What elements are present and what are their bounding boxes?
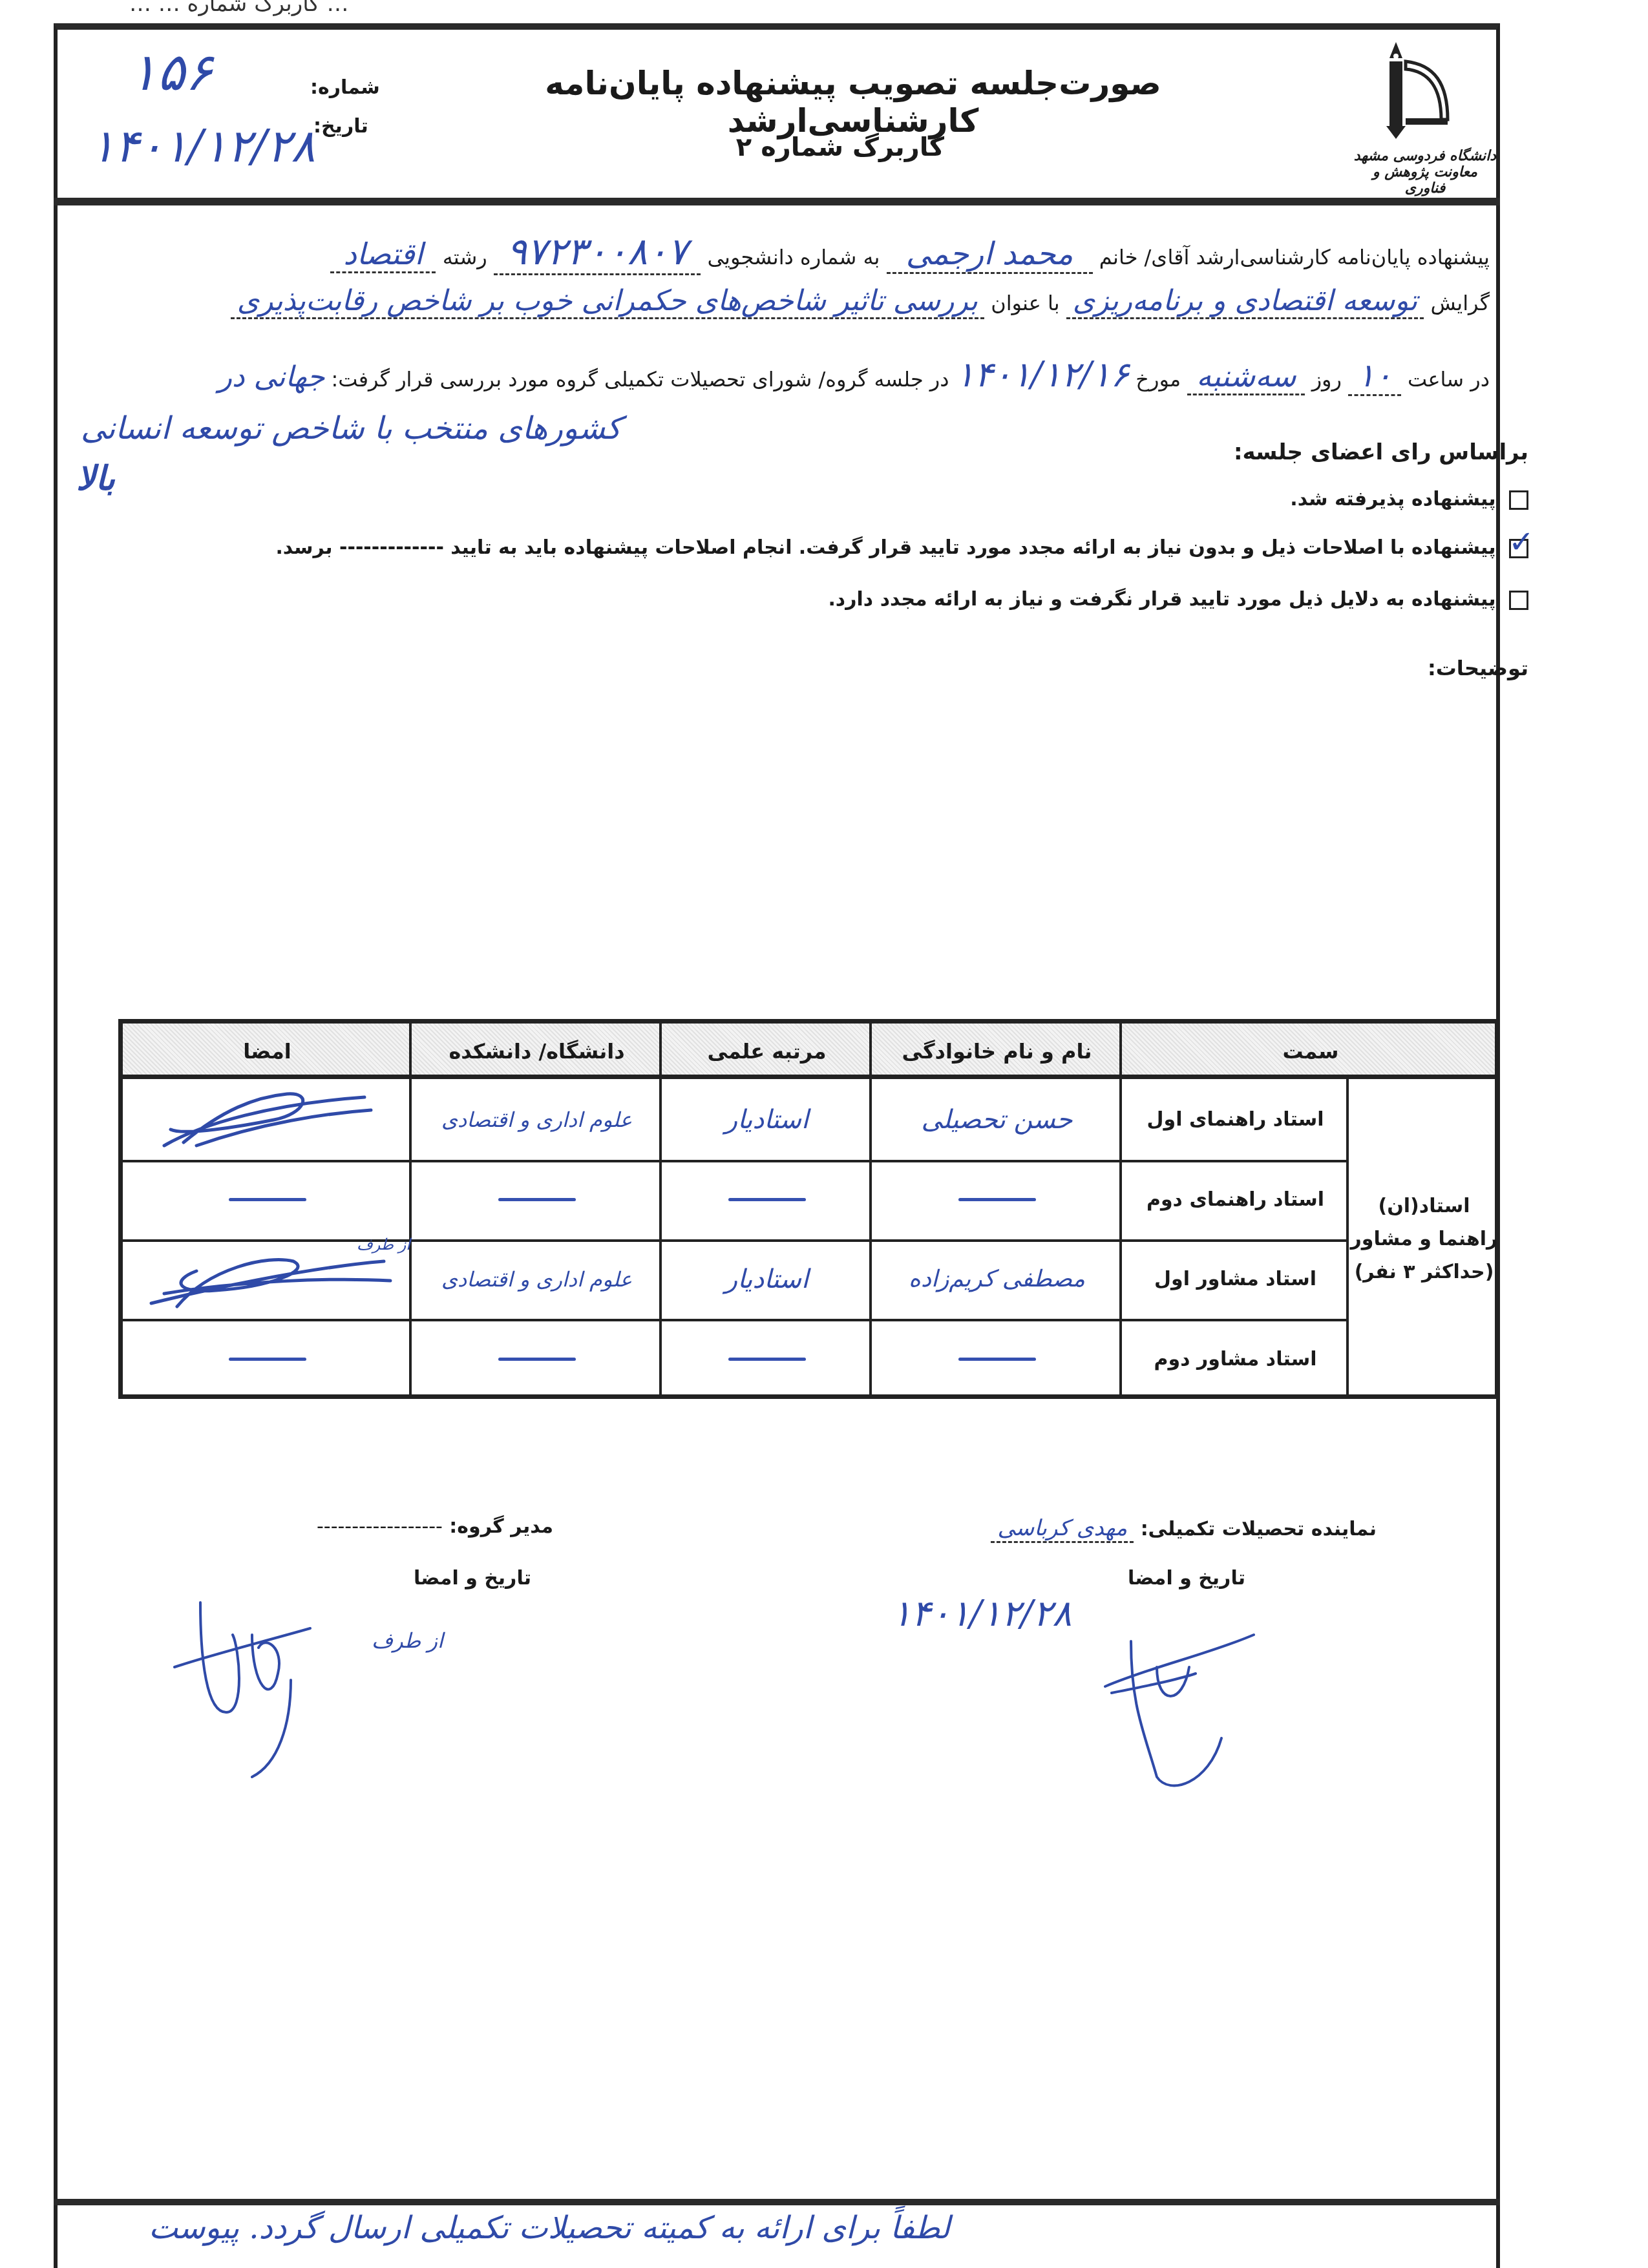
logo-line-1: دانشگاه فردوسی مشهد [1351,148,1499,164]
grad-rep-date-sign-label: تاریخ و امضا [1128,1567,1245,1590]
title-label: با عنوان [991,291,1060,315]
notes-label: توضیحات: [1428,656,1528,680]
logo-line-2: معاونت پژوهش و فناوری [1351,164,1499,196]
specialization-field: توسعه اقتصادی و برنامه‌ریزی [1066,284,1424,319]
header-rank: مرتبه علمی [662,1024,872,1079]
header-name: نام و نام خانوادگی [872,1024,1122,1079]
empty-dash [728,1358,806,1361]
specialization-label: گرایش [1431,291,1490,315]
option-accepted[interactable]: پیشنهاده پذیرفته شد. [1290,488,1528,510]
student-number-field: ۹۷۲۳۰۰۸۰۷ [494,229,701,275]
intro-line-1: پیشنهاده پایان‌نامه کارشناسی‌ارشد آقای/ … [100,229,1490,273]
empty-dash [498,1358,576,1361]
header-role: سمت [1122,1024,1499,1079]
group-manager-date-sign-label: تاریخ و امضا [414,1567,531,1590]
checkbox-rejected[interactable] [1509,591,1528,610]
grad-rep-date: ۱۴۰۱/۱۲/۲۸ [892,1593,1072,1635]
row3-rank: استادیار [662,1239,872,1319]
row1-rank: استادیار [662,1079,872,1160]
committee-table: سمت نام و نام خانوادگی مرتبه علمی دانشگا… [118,1019,1499,1399]
checkmark-icon: ✓ [1508,527,1534,558]
day-label: روز [1312,367,1342,392]
row3-role: استاد مشاور اول [1122,1239,1349,1319]
grad-rep-signature-icon [1092,1628,1273,1796]
group-label-line-1: استاد(ان) [1379,1190,1470,1223]
row3-faculty: علوم اداری و اقتصادی [412,1239,662,1319]
empty-dash [498,1198,576,1201]
major-label: رشته [443,245,487,269]
signature-icon [145,1084,390,1155]
empty-dash [229,1198,306,1201]
grad-rep-name: مهدی کرباسی [991,1515,1134,1543]
student-name-field: محمد ارجمی [887,236,1093,274]
group-label-line-3: (حداکثر ۳ نفر) [1355,1255,1494,1288]
option-accepted-with-corrections[interactable]: ✓ پیشنهاده با اصلاحات ذیل و بدون نیاز به… [275,536,1528,559]
row2-name [872,1160,1122,1239]
empty-dash [728,1198,806,1201]
option-accepted-with-corrections-label: پیشنهاده با اصلاحات ذیل و بدون نیاز به ا… [275,536,1495,559]
row4-role: استاد مشاور دوم [1122,1319,1349,1399]
day-field: سه‌شنبه [1187,359,1305,395]
number-label: شماره: [310,76,380,99]
bottom-handwritten-note: لطفاً برای ارائه به کمیته تحصیلات تکمیلی… [149,2210,950,2246]
group-manager-label-text: مدیر گروه: [449,1515,553,1538]
row4-signature [123,1319,412,1399]
empty-dash [958,1198,1036,1201]
meeting-date-field: ۱۴۰۱/۱۲/۱۶ [956,354,1129,395]
group-label-line-2: راهنما و مشاور [1351,1223,1498,1255]
grad-rep-label: نماینده تحصیلات تکمیلی: مهدی کرباسی [991,1515,1377,1541]
meeting-context-text: در جلسه گروه/ شورای تحصیلات تکمیلی گروه … [332,367,949,392]
row3-name: مصطفی کریم‌زاده [872,1239,1122,1319]
university-logo: دانشگاه فردوسی مشهد معاونت پژوهش و فناور… [1351,36,1499,197]
footer-divider [54,2199,1500,2205]
row1-name: حسن تحصیلی [872,1079,1122,1160]
group-manager-note: از طرف [372,1628,443,1653]
empty-dash [958,1358,1036,1361]
intro-prefix: پیشنهاده پایان‌نامه کارشناسی‌ارشد آقای/ … [1099,245,1490,269]
row4-name [872,1319,1122,1399]
group-manager-label: مدیر گروه: ------------------ [317,1515,553,1538]
row3-signature: از طرف [123,1239,412,1319]
thesis-title-field: بررسی تاثیر شاخص‌های حکمرانی خوب بر شاخص… [231,284,984,319]
row4-rank [662,1319,872,1399]
checkbox-accepted-with-corrections[interactable]: ✓ [1509,539,1528,558]
row2-rank [662,1160,872,1239]
option-accepted-label: پیشنهاده پذیرفته شد. [1290,488,1495,510]
empty-dash [229,1358,306,1361]
decision-heading: براساس رای اعضای جلسه: [1234,439,1528,465]
intro-line-2: گرایش توسعه اقتصادی و برنامه‌ریزی با عنو… [100,284,1490,317]
option-rejected-label: پیشنهاده به دلایل ذیل مورد تایید قرار نگ… [828,588,1495,611]
row2-faculty [412,1160,662,1239]
row2-signature [123,1160,412,1239]
hour-field: ۱۰ [1348,357,1401,396]
row2-role: استاد راهنمای دوم [1122,1160,1349,1239]
number-value: ۱۵۶ [129,42,213,102]
form-title: صورت‌جلسه تصویب پیشنهاده پایان‌نامه کارش… [478,65,1228,140]
row1-faculty: علوم اداری و اقتصادی [412,1079,662,1160]
date-label: تاریخ: [313,115,368,138]
intro-line-3: در ساعت ۱۰ روز سه‌شنبه مورخ ۱۴۰۱/۱۲/۱۶ د… [100,354,1490,395]
row1-role: استاد راهنمای اول [1122,1079,1349,1160]
grad-rep-label-text: نماینده تحصیلات تکمیلی: [1141,1518,1377,1540]
ferdowsi-university-logo-icon [1351,36,1499,145]
student-number-label: به شماره دانشجویی [707,245,880,269]
cut-off-top-text: … کاربرگ شماره … … [129,0,349,17]
option-rejected[interactable]: پیشنهاده به دلایل ذیل مورد تایید قرار نگ… [828,588,1528,611]
thesis-title-line-3: کشورهای منتخب با شاخص توسعه انسانی [81,410,621,446]
row1-signature [123,1079,412,1160]
date-value: ۱۴۰۱/۱۲/۲۸ [90,120,315,173]
group-manager-signature-icon [162,1596,355,1790]
group-label: استاد(ان) راهنما و مشاور (حداکثر ۳ نفر) [1349,1079,1499,1399]
hour-label: در ساعت [1408,367,1490,392]
form-subtitle: کاربرگ شماره ۲ [646,132,1034,162]
checkbox-accepted[interactable] [1509,490,1528,510]
row4-faculty [412,1319,662,1399]
major-field: اقتصاد [330,236,436,273]
header-faculty: دانشگاه/ دانشکده [412,1024,662,1079]
header-divider [54,198,1500,205]
group-manager-field: ------------------ [317,1515,443,1538]
meeting-date-label: مورخ [1136,367,1181,392]
row3-signature-note: از طرف [357,1235,410,1254]
header-signature: امضا [123,1024,412,1079]
thesis-title-continued: جهانی در [218,361,325,394]
thesis-title-line-4: بالا [76,459,115,498]
